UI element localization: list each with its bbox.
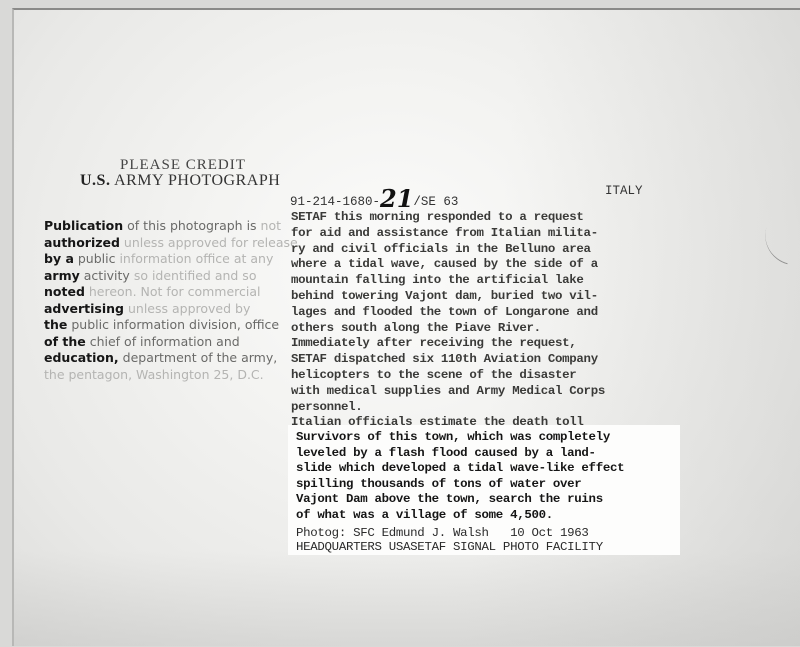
please-credit-text: PLEASE CREDIT — [120, 158, 280, 173]
caption-line: Vajont Dam above the town, search the ru… — [296, 492, 603, 506]
news-release-line: others south along the Piave River. — [291, 321, 541, 335]
photographer-line: Photog: SFC Edmund J. Walsh 10 Oct 1963 — [296, 526, 589, 540]
news-release-line: where a tidal wave, caused by the side o… — [291, 257, 598, 271]
file-number: 91-214-1680-21/SE 63 — [290, 182, 458, 211]
caption-line: slide which developed a tidal wave-like … — [296, 461, 624, 475]
news-release-line: SETAF dispatched six 110th Aviation Comp… — [291, 352, 598, 366]
army-photograph-text: U.S. ARMY PHOTOGRAPH — [80, 173, 280, 189]
news-release-line: behind towering Vajont dam, buried two v… — [291, 289, 598, 303]
release-notice-line: army activity so identified and so — [44, 268, 292, 285]
release-notice-line: by a public information office at any — [44, 251, 292, 268]
release-notice-line: education, department of the army, — [44, 350, 292, 367]
release-notice-stamp: Publication of this photograph is notaut… — [44, 218, 292, 383]
country-label: ITALY — [605, 184, 643, 198]
photo-caption: Survivors of this town, which was comple… — [296, 430, 686, 524]
caption-line: leveled by a flash flood caused by a lan… — [296, 446, 596, 460]
news-release-line: helicopters to the scene of the disaster — [291, 368, 576, 382]
release-notice-line: authorized unless approved for release — [44, 235, 292, 252]
release-notice-line: the pentagon, Washington 25, D.C. — [44, 367, 292, 384]
news-release-line: with medical supplies and Army Medical C… — [291, 384, 605, 398]
news-release-line: mountain falling into the artificial lak… — [291, 273, 584, 287]
news-release-line: lages and flooded the town of Longarone … — [291, 305, 598, 319]
release-notice-line: noted hereon. Not for commercial — [44, 284, 292, 301]
news-release-line: ry and civil officials in the Belluno ar… — [291, 242, 591, 256]
news-release-line: for aid and assistance from Italian mili… — [291, 226, 598, 240]
facility-line: HEADQUARTERS USASETAF SIGNAL PHOTO FACIL… — [296, 540, 603, 554]
photographer-credit: Photog: SFC Edmund J. Walsh 10 Oct 1963 … — [296, 526, 686, 554]
release-notice-line: advertising unless approved by — [44, 301, 292, 318]
news-release-text: SETAF this morning responded to a reques… — [291, 210, 681, 447]
caption-line: of what was a village of some 4,500. — [296, 508, 553, 522]
news-release-line: Immediately after receiving the request, — [291, 336, 576, 350]
release-notice-line: Publication of this photograph is not — [44, 218, 292, 235]
release-notice-line: of the chief of information and — [44, 334, 292, 351]
credit-stamp: PLEASE CREDIT U.S. ARMY PHOTOGRAPH — [80, 158, 280, 189]
release-notice-line: the public information division, office — [44, 317, 292, 334]
caption-line: Survivors of this town, which was comple… — [296, 430, 610, 444]
news-release-line: SETAF this morning responded to a reques… — [291, 210, 584, 224]
handwritten-number: 21 — [380, 184, 413, 213]
news-release-line: personnel. — [291, 400, 362, 414]
caption-line: spilling thousands of tons of water over — [296, 477, 581, 491]
paper-curl-mark — [758, 227, 795, 265]
